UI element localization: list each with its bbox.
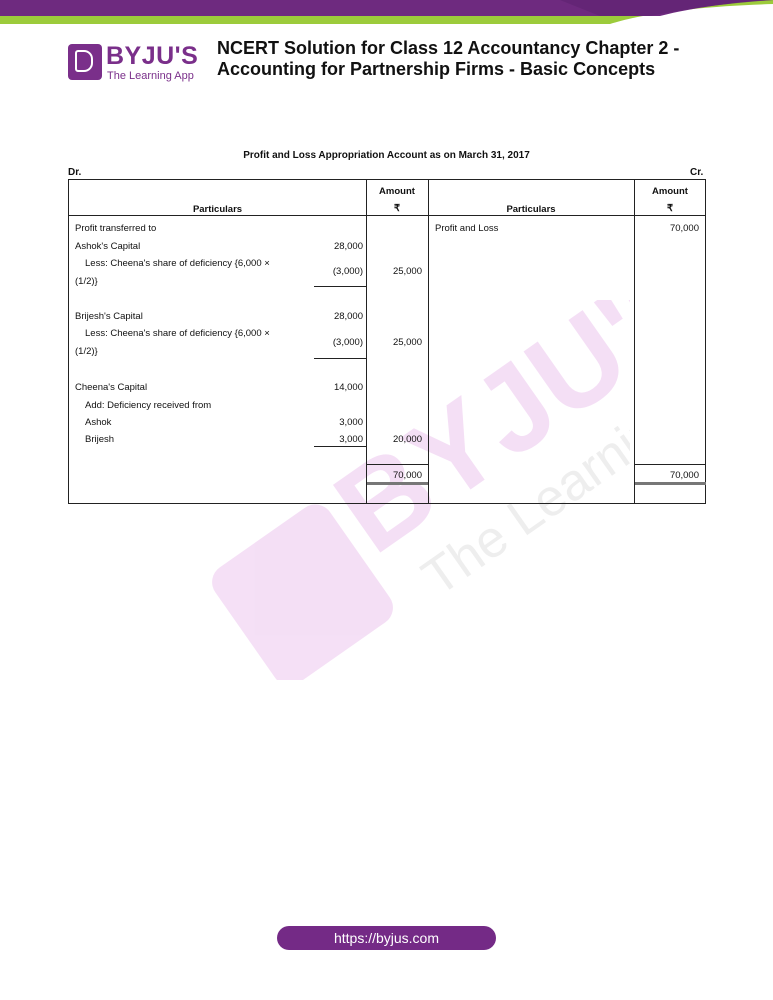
appropriation-account-table: Particulars Amount ₹ Particulars Amount … <box>68 179 706 504</box>
credit-total: 70,000 <box>634 470 699 481</box>
divider <box>428 180 429 503</box>
debit-row-text: Less: Cheena's share of deficiency {6,00… <box>85 328 270 339</box>
page-title-line-1: NCERT Solution for Class 12 Accountancy … <box>217 38 679 59</box>
account-title: Profit and Loss Appropriation Account as… <box>0 150 773 161</box>
debit-amount-header: Amount <box>366 186 428 197</box>
debit-row-text: Ashok's Capital <box>75 241 140 252</box>
debit-row-amount: 25,000 <box>366 337 422 348</box>
debit-row-sub: 3,000 <box>313 417 363 428</box>
total-top-line <box>634 464 706 465</box>
debit-row-sub: (3,000) <box>313 337 363 348</box>
debit-row-text: Profit transferred to <box>75 223 156 234</box>
byjus-logo: BYJU'S The Learning App <box>68 44 198 84</box>
debit-row-text: Less: Cheena's share of deficiency {6,00… <box>85 258 270 269</box>
debit-row-text: (1/2)} <box>75 276 98 287</box>
debit-currency: ₹ <box>366 203 428 214</box>
debit-row-amount: 20,000 <box>366 434 422 445</box>
logo-wordmark: BYJU'S <box>106 42 198 71</box>
footer-url-link[interactable]: https://byjus.com <box>277 926 496 950</box>
debit-row-text: Brijesh <box>85 434 114 445</box>
logo-tagline: The Learning App <box>107 70 194 82</box>
page-title-line-2: Accounting for Partnership Firms - Basic… <box>217 59 679 80</box>
debit-total: 70,000 <box>366 470 422 481</box>
debit-row-sub: 3,000 <box>313 434 363 445</box>
divider <box>69 215 705 216</box>
debit-row-text: Cheena's Capital <box>75 382 147 393</box>
debit-row-sub: 28,000 <box>313 241 363 252</box>
credit-currency: ₹ <box>634 203 706 214</box>
debit-row-text: Ashok <box>85 417 111 428</box>
debit-row-amount: 25,000 <box>366 266 422 277</box>
dr-label: Dr. <box>68 167 81 178</box>
debit-row-text: (1/2)} <box>75 346 98 357</box>
debit-row-text: Add: Deficiency received from <box>85 400 211 411</box>
debit-row-sub: (3,000) <box>313 266 363 277</box>
subtotal-line <box>314 446 366 447</box>
debit-row-text: Brijesh's Capital <box>75 311 143 322</box>
credit-row-text: Profit and Loss <box>435 223 498 234</box>
subtotal-line <box>314 286 366 287</box>
credit-particulars-header: Particulars <box>428 204 634 215</box>
subtotal-line <box>314 358 366 359</box>
total-top-line <box>366 464 428 465</box>
debit-row-sub: 28,000 <box>313 311 363 322</box>
cr-label: Cr. <box>690 167 703 178</box>
credit-amount-header: Amount <box>634 186 706 197</box>
header-banner <box>0 0 773 30</box>
logo-b-icon <box>68 44 102 80</box>
page-title: NCERT Solution for Class 12 Accountancy … <box>217 38 679 80</box>
debit-particulars-header: Particulars <box>69 204 366 215</box>
total-double-line <box>635 482 706 485</box>
credit-row-amount: 70,000 <box>634 223 699 234</box>
debit-row-sub: 14,000 <box>313 382 363 393</box>
total-double-line <box>367 482 428 485</box>
